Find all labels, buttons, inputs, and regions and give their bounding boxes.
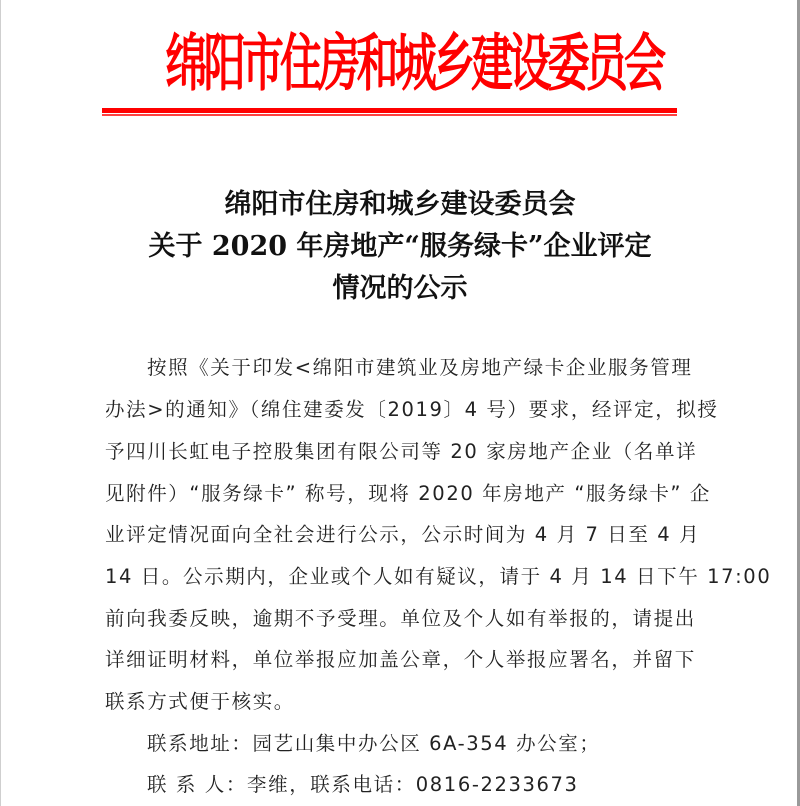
body-line-8: 详细证明材料，单位举报应加盖公章，个人举报应署名，并留下 (105, 646, 695, 674)
document-title-line-3: 情况的公示 (80, 269, 720, 309)
letterhead-rule-thick (102, 108, 677, 113)
body-line-2: 办法>的通知》（绵住建委发〔2019〕4 号）要求，经评定，拟授 (105, 396, 695, 424)
body-line-5: 业评定情况面向全社会进行公示，公示时间为 4 月 7 日至 4 月 (105, 521, 695, 549)
letterhead-org-name: 绵阳市住房和城乡建设委员会 (165, 18, 614, 110)
body-line-1: 按照《关于印发<绵阳市建筑业及房地产绿卡企业服务管理 (147, 354, 737, 382)
body-line-3: 予四川长虹电子控股集团有限公司等 20 家房地产企业（名单详 (105, 438, 695, 466)
body-line-9: 联系方式便于核实。 (105, 688, 695, 716)
contact-person: 联 系 人：李维，联系电话：0816-2233673 (147, 771, 737, 799)
document-title-line-1: 绵阳市住房和城乡建设委员会 (80, 185, 720, 225)
document-title-line-2: 关于 2020 年房地产“服务绿卡”企业评定 (80, 227, 720, 267)
body-line-6: 14 日。公示期内，企业或个人如有疑议，请于 4 月 14 日下午 17:00 (105, 563, 695, 591)
body-line-7: 前向我委反映，逾期不予受理。单位及个人如有举报的，请提出 (105, 605, 695, 633)
page-edge-left (0, 0, 1, 806)
body-line-4: 见附件）“服务绿卡” 称号，现将 2020 年房地产 “服务绿卡” 企 (105, 480, 695, 508)
contact-address: 联系地址：园艺山集中办公区 6A-354 办公室； (147, 730, 737, 758)
letterhead-rule-thin (102, 114, 677, 116)
